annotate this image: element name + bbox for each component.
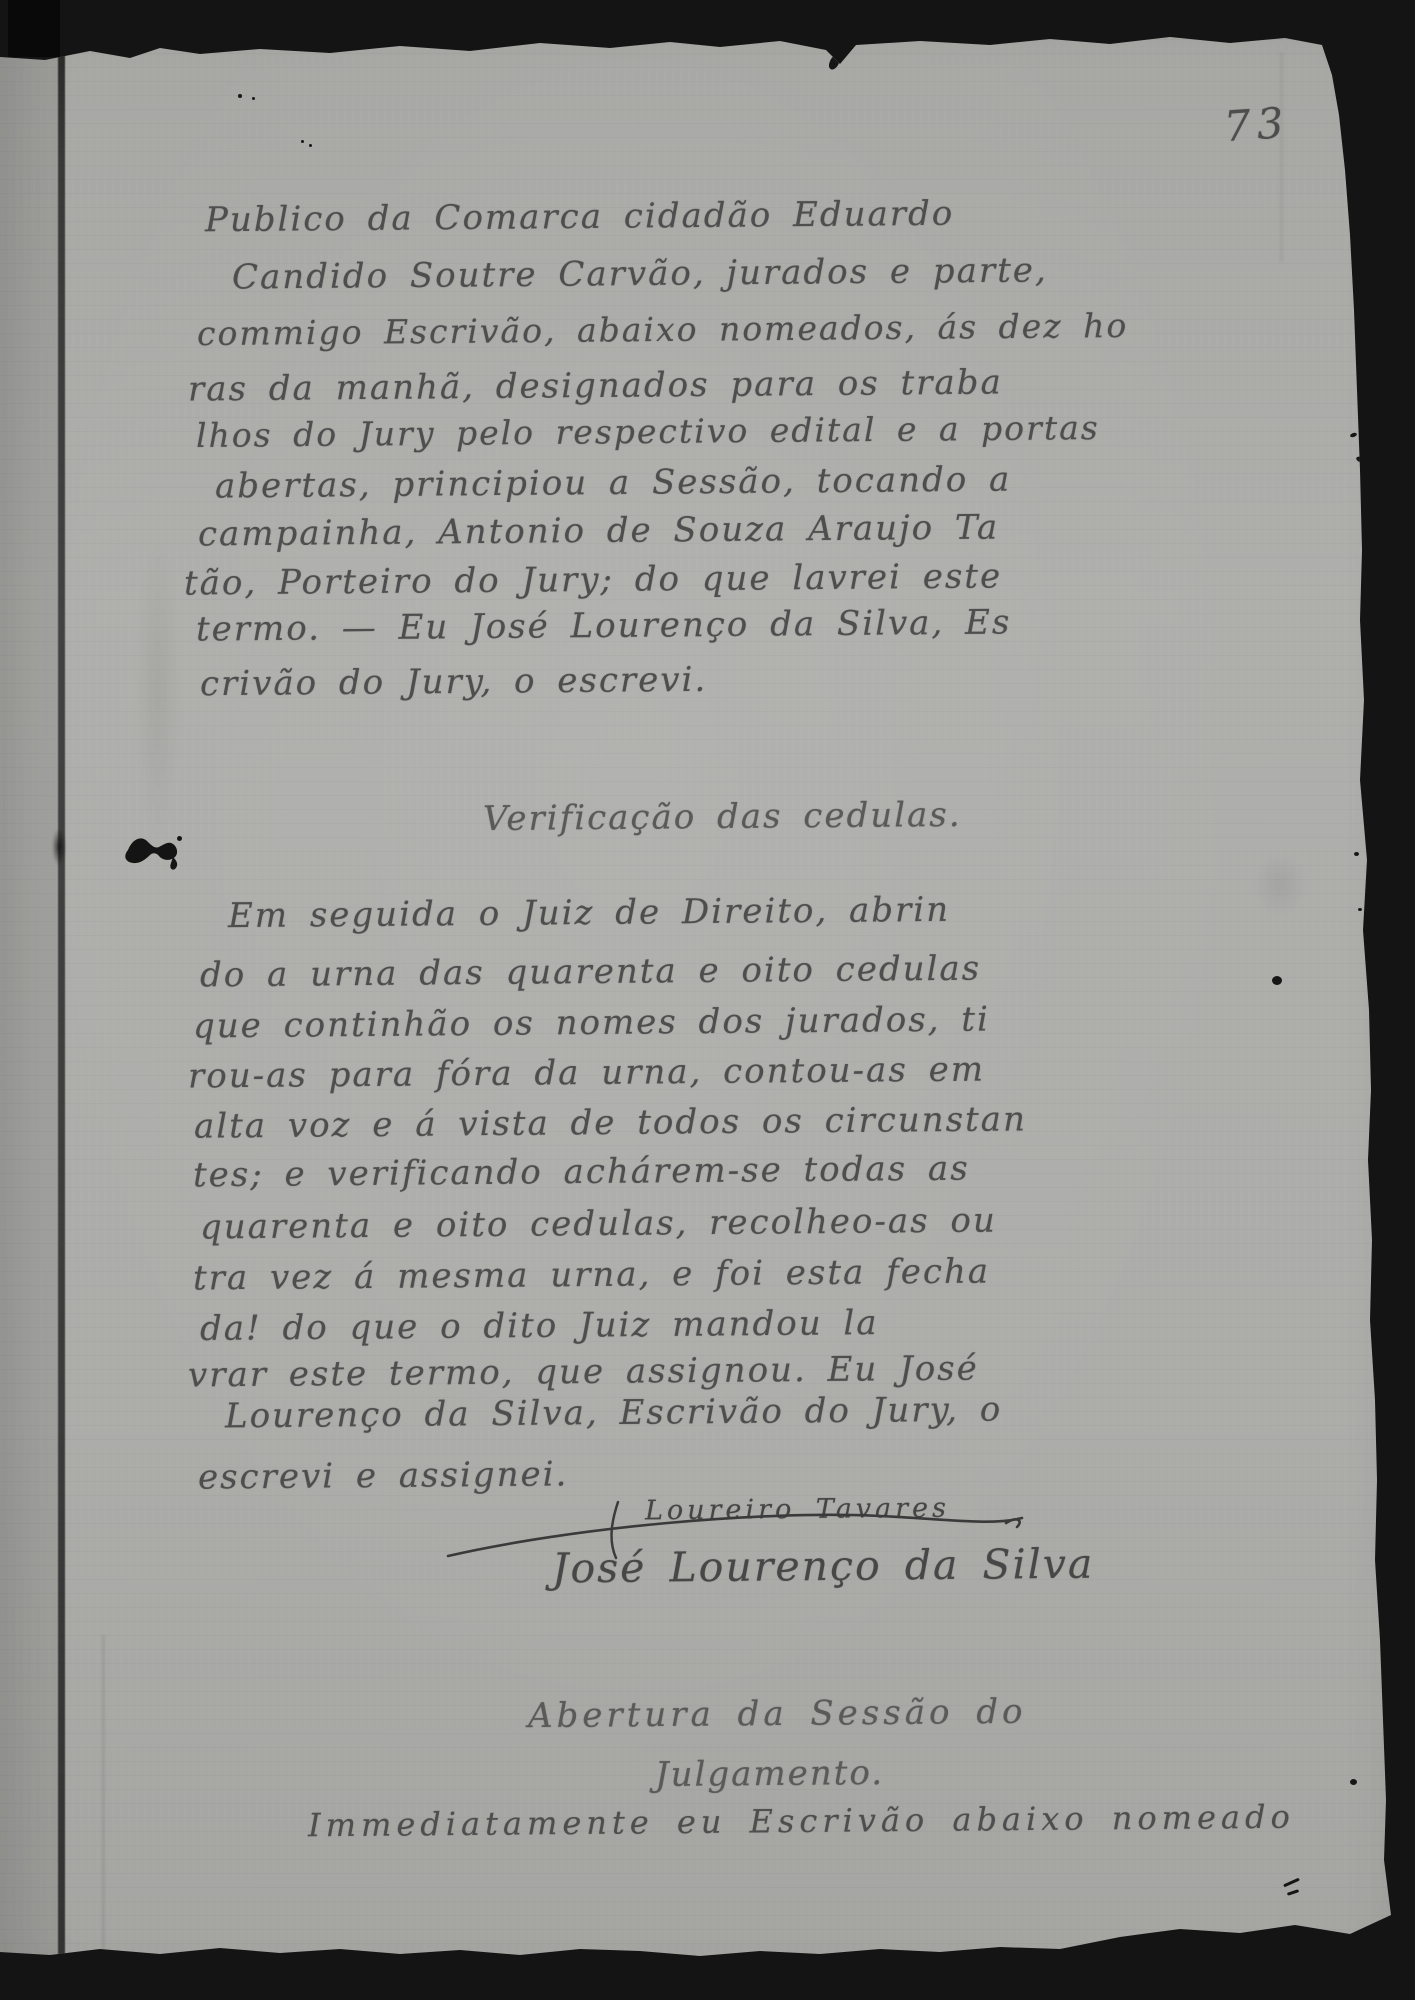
- ink-speck: [252, 97, 255, 100]
- manuscript-line: que continhão os nomes dos jurados, ti: [193, 1000, 990, 1047]
- spine-gap: [8, 0, 60, 57]
- ink-speck: [1355, 456, 1364, 464]
- section-heading-abertura: Julgamento.: [655, 1753, 884, 1795]
- manuscript-line: vrar este termo, que assignou. Eu José: [188, 1349, 979, 1396]
- manuscript-line: tes; e verificando achárem-se todas as: [193, 1149, 970, 1196]
- ink-speck: [238, 94, 242, 98]
- ink-speck: [1287, 1889, 1299, 1896]
- ink-speck: [1358, 908, 1362, 911]
- manuscript-line: tão, Porteiro do Jury; do que lavrei est…: [184, 556, 1002, 603]
- section-heading-verificacao: Verificação das cedulas.: [483, 795, 962, 839]
- ink-speck: [301, 140, 304, 143]
- manuscript-line: da! do que o dito Juiz mandou la: [200, 1303, 879, 1349]
- page-number: 73: [1222, 98, 1291, 151]
- paper-stain: [1255, 855, 1305, 915]
- manuscript-line: quarenta e oito cedulas, recolheo-as ou: [200, 1201, 997, 1248]
- manuscript-line: escrevi e assignei.: [198, 1454, 569, 1497]
- section-heading-abertura: Abertura da Sessão do: [528, 1692, 1027, 1736]
- manuscript-line: Lourenço da Silva, Escrivão do Jury, o: [225, 1390, 1003, 1437]
- ink-speck: [1283, 1878, 1300, 1888]
- manuscript-line: Candido Soutre Carvão, jurados e parte,: [232, 250, 1048, 297]
- ink-speck: [1272, 976, 1282, 985]
- ink-speck: [1350, 1779, 1357, 1785]
- manuscript-line: abertas, principiou a Sessão, tocando a: [215, 460, 1012, 507]
- ink-speck: [1354, 852, 1359, 856]
- manuscript-line: Publico da Comarca cidadão Eduardo: [205, 194, 955, 241]
- left-margin-shade: [0, 40, 58, 1960]
- ink-speck: [1350, 432, 1358, 438]
- manuscript-line: Immediatamente eu Escrivão abaixo nomead…: [308, 1798, 1295, 1845]
- ink-speck: [177, 836, 182, 841]
- manuscript-line: termo. — Eu José Lourenço da Silva, Es: [196, 602, 1012, 649]
- paper-sheet: 73 Publico da Comarca cidadão Eduardo Ca…: [0, 0, 1415, 2000]
- manuscript-line: commigo Escrivão, abaixo nomeados, ás de…: [197, 306, 1129, 353]
- paper-crease: [102, 1635, 105, 1950]
- manuscript-line: lhos do Jury pelo respectivo edital e a …: [196, 408, 1100, 455]
- manuscript-line: campainha, Antonio de Souza Araujo Ta: [198, 508, 1000, 555]
- fold-crease-blot: [52, 828, 66, 866]
- manuscript-line: tra vez á mesma urna, e foi esta fecha: [193, 1252, 990, 1299]
- signature-main: José Lourenço da Silva: [552, 1540, 1095, 1593]
- manuscript-line: crivão do Jury, o escrevi.: [200, 660, 708, 704]
- paper-stain: [138, 535, 178, 845]
- ink-speck: [827, 53, 842, 71]
- paper-crease: [1280, 52, 1283, 262]
- manuscript-line: ras da manhã, designados para os traba: [188, 362, 1003, 409]
- manuscript-line: do a urna das quarenta e oito cedulas: [200, 949, 981, 996]
- manuscript-line: rou-as para fóra da urna, contou-as em: [188, 1050, 985, 1097]
- ink-speck: [309, 144, 312, 147]
- manuscript-line: Em seguida o Juiz de Direito, abrin: [228, 890, 950, 936]
- scanned-page: 73 Publico da Comarca cidadão Eduardo Ca…: [0, 0, 1415, 2000]
- manuscript-line: alta voz e á vista de todos os circunsta…: [194, 1099, 1027, 1146]
- fold-crease-line: [58, 42, 65, 1960]
